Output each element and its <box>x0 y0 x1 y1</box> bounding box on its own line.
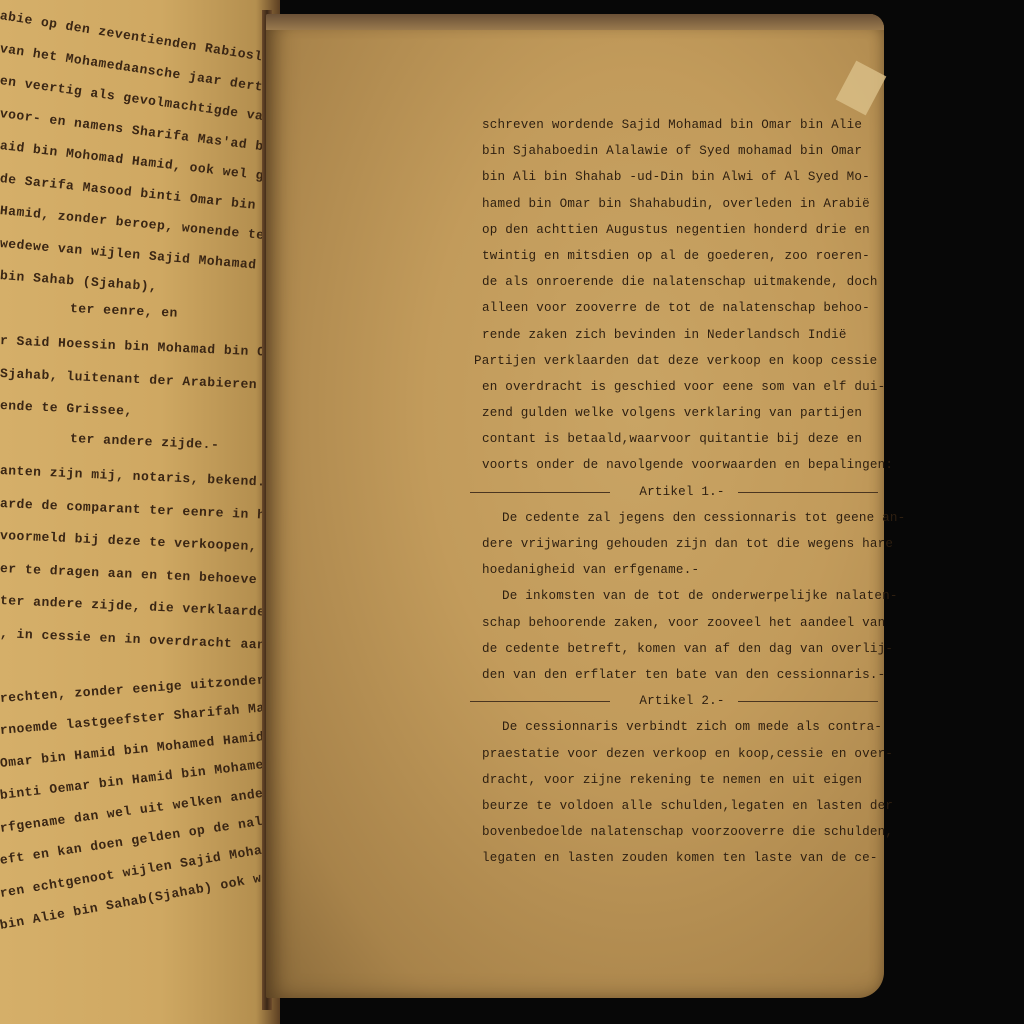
left-text-line: rechten, zonder eenige uitzondering, we- <box>0 667 280 705</box>
text-line: op den achttien Augustus negentien honde… <box>482 217 882 243</box>
left-text-line: , in cessie en in overdracht aan te ne- <box>0 626 280 655</box>
line-text: zend gulden welke volgens verklaring van… <box>482 406 862 420</box>
line-text: Artikel 1.- <box>639 485 724 499</box>
text-line: hoedanigheid van erfgename.- <box>482 557 882 583</box>
left-text-line: r Said Hoessin bin Mohamad bin Omar bin <box>0 333 280 362</box>
left-text-line: arde de comparant ter eenre in hoedanig- <box>0 496 280 525</box>
text-line: contant is betaald,waarvoor quitantie bi… <box>482 426 882 452</box>
line-text: legaten en lasten zouden komen ten laste… <box>482 851 878 865</box>
left-text-line: ende te Grissee, <box>0 398 133 419</box>
text-line: De inkomsten van de tot de onderwerpelij… <box>482 583 882 609</box>
line-text: Partijen verklaarden dat deze verkoop en… <box>474 354 877 368</box>
left-text-line: Sjahab, luitenant der Arabieren en hande… <box>0 366 280 396</box>
text-line: bovenbedoelde nalatenschap voorzooverre … <box>482 819 882 845</box>
text-line: Partijen verklaarden dat deze verkoop en… <box>474 348 882 374</box>
text-line: en overdracht is geschied voor eene som … <box>482 374 882 400</box>
article-heading: Artikel 2.- <box>482 688 882 714</box>
text-line: de cedente betreft, komen van af den dag… <box>482 636 882 662</box>
line-text: alleen voor zooverre de tot de nalatensc… <box>482 301 870 315</box>
line-text: Artikel 2.- <box>639 694 724 708</box>
right-page-text: schreven wordende Sajid Mohamad bin Omar… <box>482 112 882 871</box>
text-line: voorts onder de navolgende voorwaarden e… <box>482 452 882 478</box>
line-text: schreven wordende Sajid Mohamad bin Omar… <box>482 118 862 132</box>
line-text: rende zaken zich bevinden in Nederlandsc… <box>482 328 847 342</box>
line-text: praestatie voor dezen verkoop en koop,ce… <box>482 747 893 761</box>
text-line: zend gulden welke volgens verklaring van… <box>482 400 882 426</box>
text-line: beurze te voldoen alle schulden,legaten … <box>482 793 882 819</box>
text-line: hamed bin Omar bin Shahabudin, overleden… <box>482 191 882 217</box>
page-top-edge <box>266 14 884 30</box>
text-line: twintig en mitsdien op al de goederen, z… <box>482 243 882 269</box>
line-text: hoedanigheid van erfgename.- <box>482 563 699 577</box>
line-text: bin Ali bin Shahab -ud-Din bin Alwi of A… <box>482 170 870 184</box>
line-text: De cedente zal jegens den cessionnaris t… <box>502 511 905 525</box>
text-line: praestatie voor dezen verkoop en koop,ce… <box>482 741 882 767</box>
text-line: de als onroerende die nalatenschap uitma… <box>482 269 882 295</box>
left-text-line: bin Sahab (Sjahab), <box>0 268 158 295</box>
line-text: De cessionnaris verbindt zich om mede al… <box>502 720 882 734</box>
line-text: bovenbedoelde nalatenschap voorzooverre … <box>482 825 893 839</box>
line-text: De inkomsten van de tot de onderwerpelij… <box>502 589 898 603</box>
folded-corner <box>836 61 887 116</box>
line-text: dere vrijwaring gehouden zijn dan tot di… <box>482 537 893 551</box>
line-text: hamed bin Omar bin Shahabudin, overleden… <box>482 197 870 211</box>
text-line: den van den erflater ten bate van den ce… <box>482 662 882 688</box>
text-line: rende zaken zich bevinden in Nederlandsc… <box>482 322 882 348</box>
left-text-line: voormeld bij deze te verkoopen, te cedee… <box>0 528 280 558</box>
line-text: en overdracht is geschied voor eene som … <box>482 380 885 394</box>
left-text-line: ter andere zijde, die verklaarde bij de- <box>0 593 280 622</box>
line-text: dracht, voor zijne rekening te nemen en … <box>482 773 862 787</box>
text-line: bin Sjahaboedin Alalawie of Syed mohamad… <box>482 138 882 164</box>
left-page: abie op den zeventienden Rabiosla-van he… <box>0 0 280 1024</box>
line-text: de cedente betreft, komen van af den dag… <box>482 642 893 656</box>
left-text-line: er te dragen aan en ten behoeve van den <box>0 561 280 590</box>
line-text: twintig en mitsdien op al de goederen, z… <box>482 249 870 263</box>
line-text: op den achttien Augustus negentien honde… <box>482 223 870 237</box>
text-line: legaten en lasten zouden komen ten laste… <box>482 845 882 871</box>
line-text: contant is betaald,waarvoor quitantie bi… <box>482 432 862 446</box>
text-line: De cessionnaris verbindt zich om mede al… <box>482 714 882 740</box>
line-text: bin Sjahaboedin Alalawie of Syed mohamad… <box>482 144 862 158</box>
text-line: dracht, voor zijne rekening te nemen en … <box>482 767 882 793</box>
line-text: schap behoorende zaken, voor zooveel het… <box>482 616 885 630</box>
line-text: de als onroerende die nalatenschap uitma… <box>482 275 878 289</box>
text-line: dere vrijwaring gehouden zijn dan tot di… <box>482 531 882 557</box>
text-line: alleen voor zooverre de tot de nalatensc… <box>482 295 882 321</box>
line-text: den van den erflater ten bate van den ce… <box>482 668 885 682</box>
text-line: De cedente zal jegens den cessionnaris t… <box>482 505 882 531</box>
left-text-line: ter eenre, en <box>70 301 178 321</box>
text-line: schap behoorende zaken, voor zooveel het… <box>482 610 882 636</box>
left-text-line: anten zijn mij, notaris, bekend.- <box>0 463 274 490</box>
text-line: bin Ali bin Shahab -ud-Din bin Alwi of A… <box>482 164 882 190</box>
line-text: voorts onder de navolgende voorwaarden e… <box>482 458 893 472</box>
text-line: schreven wordende Sajid Mohamad bin Omar… <box>482 112 882 138</box>
right-page: schreven wordende Sajid Mohamad bin Omar… <box>266 14 884 998</box>
article-heading: Artikel 1.- <box>482 479 882 505</box>
line-text: beurze te voldoen alle schulden,legaten … <box>482 799 893 813</box>
left-text-line: ter andere zijde.- <box>70 431 220 453</box>
